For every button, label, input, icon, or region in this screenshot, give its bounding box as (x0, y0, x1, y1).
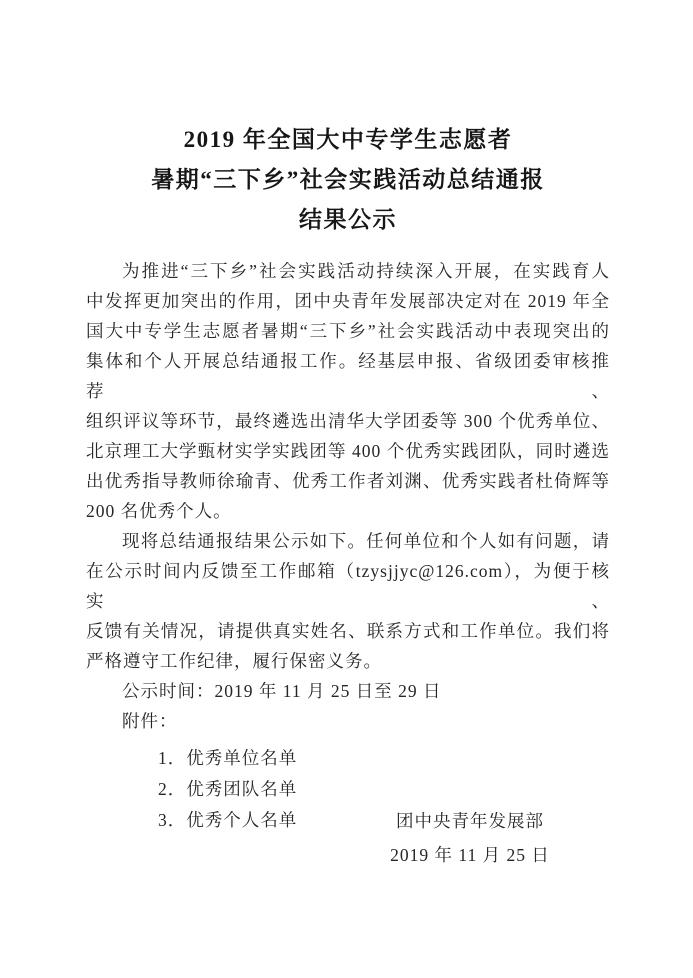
body-line: 反馈有关情况，请提供真实姓名、联系方式和工作单位。我们将 (86, 616, 610, 646)
document-title: 2019 年全国大中专学生志愿者 暑期“三下乡”社会实践活动总结通报 结果公示 (66, 120, 630, 240)
document-body: 为推进“三下乡”社会实践活动持续深入开展，在实践育人 中发挥更加突出的作用，团中… (86, 256, 610, 835)
body-line: 现将总结通报结果公示如下。任何单位和个人如有问题，请 (86, 526, 610, 556)
paragraph-1: 为推进“三下乡”社会实践活动持续深入开展，在实践育人 中发挥更加突出的作用，团中… (86, 256, 610, 526)
paragraph-2: 现将总结通报结果公示如下。任何单位和个人如有问题，请 在公示时间内反馈至工作邮箱… (86, 526, 610, 676)
publicity-period: 公示时间：2019 年 11 月 25 日至 29 日 (86, 676, 610, 706)
signature-organization: 团中央青年发展部 (340, 804, 600, 838)
title-line-1: 2019 年全国大中专学生志愿者 (66, 120, 630, 160)
body-line: 集体和个人开展总结通报工作。经基层申报、省级团委审核推荐、 (86, 346, 610, 406)
attachment-item: 1．优秀单位名单 (86, 743, 610, 773)
attachments-label: 附件： (86, 706, 610, 736)
body-line: 北京理工大学甄材实学实践团等 400 个优秀实践团队，同时遴选 (86, 436, 610, 466)
body-line: 中发挥更加突出的作用，团中央青年发展部决定对在 2019 年全 (86, 286, 610, 316)
title-line-3: 结果公示 (66, 200, 630, 240)
body-line: 组织评议等环节，最终遴选出清华大学团委等 300 个优秀单位、 (86, 406, 610, 436)
body-line: 为推进“三下乡”社会实践活动持续深入开展，在实践育人 (86, 256, 610, 286)
attachment-item: 2．优秀团队名单 (86, 774, 610, 804)
body-line: 出优秀指导教师徐瑜青、优秀工作者刘渊、优秀实践者杜倚辉等 (86, 466, 610, 496)
body-line: 国大中专学生志愿者暑期“三下乡”社会实践活动中表现突出的 (86, 316, 610, 346)
document-page: 2019 年全国大中专学生志愿者 暑期“三下乡”社会实践活动总结通报 结果公示 … (0, 0, 693, 978)
body-line: 在公示时间内反馈至工作邮箱（tzysjjyc@126.com），为便于核实、 (86, 556, 610, 616)
signature-date: 2019 年 11 月 25 日 (340, 838, 600, 872)
title-line-2: 暑期“三下乡”社会实践活动总结通报 (66, 160, 630, 200)
body-line: 200 名优秀个人。 (86, 496, 610, 526)
body-line: 严格遵守工作纪律，履行保密义务。 (86, 646, 610, 676)
signature-block: 团中央青年发展部 2019 年 11 月 25 日 (340, 804, 600, 872)
